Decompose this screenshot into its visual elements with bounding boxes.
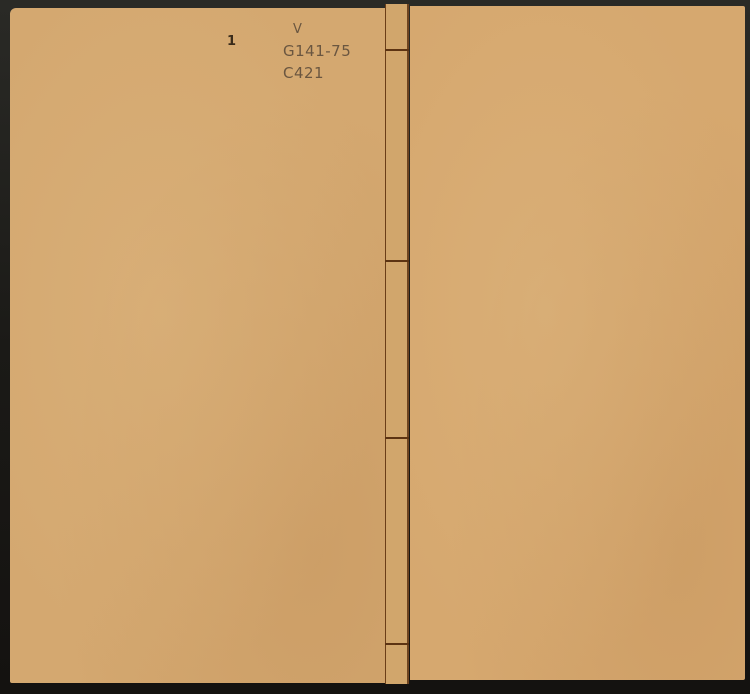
binding-stitch (385, 49, 409, 51)
page-number-mark: 1 (227, 34, 236, 49)
binding-stitch (385, 437, 409, 439)
book-spine-binding (385, 4, 411, 684)
binding-stitch (385, 643, 409, 645)
right-page (410, 6, 745, 680)
call-number-line-0: V (293, 22, 302, 37)
call-number-line-2: C421 (283, 64, 324, 82)
call-number-line-1: G141-75 (283, 42, 351, 60)
binding-stitch (385, 260, 409, 262)
spine-strip (385, 4, 409, 684)
left-page (10, 8, 386, 683)
